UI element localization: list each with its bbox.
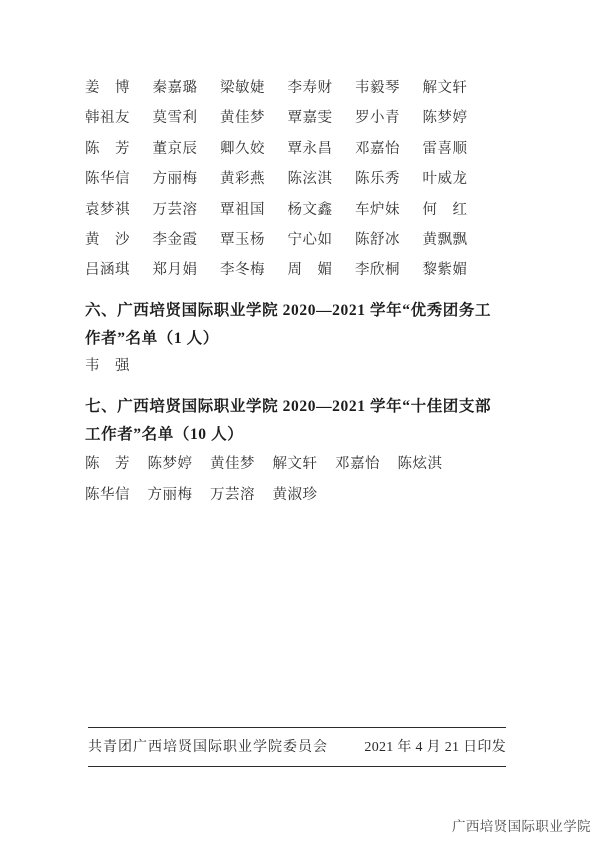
institution-watermark: 广西培贤国际职业学院 xyxy=(452,815,591,835)
person-name: 陈华信 xyxy=(85,480,148,511)
section7-name-list: 陈 芳陈梦婷黄佳梦解文轩邓嘉怡陈炫淇陈华信方丽梅万芸溶黄淑珍 xyxy=(85,449,460,511)
person-name: 陈梦婷 xyxy=(423,103,491,133)
person-name: 罗小青 xyxy=(355,103,423,133)
person-name: 陈 芳 xyxy=(85,134,153,164)
section7-heading-line2: 工作者”名单（10 人） xyxy=(85,421,525,449)
person-name: 黄彩燕 xyxy=(220,164,288,194)
person-name: 梁敏婕 xyxy=(220,73,288,103)
person-name: 黎紫媚 xyxy=(423,255,491,285)
person-name: 李欣桐 xyxy=(355,255,423,285)
person-name: 宁心如 xyxy=(288,225,356,255)
person-name: 覃玉杨 xyxy=(220,225,288,255)
person-name: 李冬梅 xyxy=(220,255,288,285)
footer-row: 共青团广西培贤国际职业学院委员会 2021 年 4 月 21 日印发 xyxy=(88,736,506,756)
person-name: 方丽梅 xyxy=(153,164,221,194)
person-name: 何 红 xyxy=(423,195,491,225)
person-name: 袁梦祺 xyxy=(85,195,153,225)
person-name: 莫雪利 xyxy=(153,103,221,133)
person-name: 邓嘉怡 xyxy=(335,449,398,480)
person-name: 解文轩 xyxy=(273,449,336,480)
person-name: 覃永昌 xyxy=(288,134,356,164)
person-name: 周 媚 xyxy=(288,255,356,285)
person-name: 卿久姣 xyxy=(220,134,288,164)
person-name: 黄佳梦 xyxy=(210,449,273,480)
person-name: 方丽梅 xyxy=(148,480,211,511)
person-name: 雷喜顺 xyxy=(423,134,491,164)
person-name: 秦嘉璐 xyxy=(153,73,221,103)
person-name: 李金霞 xyxy=(153,225,221,255)
continued-name-list: 姜 博秦嘉璐梁敏婕李寿财韦毅琴解文轩韩祖友莫雪利黄佳梦覃嘉雯罗小青陈梦婷陈 芳董… xyxy=(85,73,490,286)
person-name: 姜 博 xyxy=(85,73,153,103)
person-name: 陈泫淇 xyxy=(288,164,356,194)
person-name: 覃嘉雯 xyxy=(288,103,356,133)
person-name: 陈舒冰 xyxy=(355,225,423,255)
section6-heading: 六、广西培贤国际职业学院 2020—2021 学年“优秀团务工 作者”名单（1 … xyxy=(85,297,525,353)
person-name: 邓嘉怡 xyxy=(355,134,423,164)
person-name: 韩祖友 xyxy=(85,103,153,133)
person-name: 车炉妹 xyxy=(355,195,423,225)
person-name: 黄 沙 xyxy=(85,225,153,255)
person-name: 陈乐秀 xyxy=(355,164,423,194)
section6-heading-line2: 作者”名单（1 人） xyxy=(85,325,525,353)
section6-heading-line1: 六、广西培贤国际职业学院 2020—2021 学年“优秀团务工 xyxy=(85,297,525,325)
person-name: 陈炫淇 xyxy=(398,449,461,480)
person-name: 李寿财 xyxy=(288,73,356,103)
person-name: 万芸溶 xyxy=(210,480,273,511)
footer-issuer: 共青团广西培贤国际职业学院委员会 xyxy=(88,736,328,756)
person-name: 万芸溶 xyxy=(153,195,221,225)
section7-heading: 七、广西培贤国际职业学院 2020—2021 学年“十佳团支部 工作者”名单（1… xyxy=(85,393,525,449)
person-name: 董京辰 xyxy=(153,134,221,164)
footer-print-date: 2021 年 4 月 21 日印发 xyxy=(364,736,506,756)
person-name: 郑月娟 xyxy=(153,255,221,285)
person-name: 陈华信 xyxy=(85,164,153,194)
person-name: 陈 芳 xyxy=(85,449,148,480)
person-name: 杨文鑫 xyxy=(288,195,356,225)
section6-awardee-name: 韦 强 xyxy=(85,356,130,376)
document-page: 姜 博秦嘉璐梁敏婕李寿财韦毅琴解文轩韩祖友莫雪利黄佳梦覃嘉雯罗小青陈梦婷陈 芳董… xyxy=(0,0,596,842)
footer-rule-top xyxy=(88,727,506,728)
person-name: 韦毅琴 xyxy=(355,73,423,103)
person-name: 陈梦婷 xyxy=(148,449,211,480)
person-name: 叶威龙 xyxy=(423,164,491,194)
person-name: 覃祖国 xyxy=(220,195,288,225)
person-name: 黄佳梦 xyxy=(220,103,288,133)
section7-heading-line1: 七、广西培贤国际职业学院 2020—2021 学年“十佳团支部 xyxy=(85,393,525,421)
person-name: 解文轩 xyxy=(423,73,491,103)
person-name: 黄飘飘 xyxy=(423,225,491,255)
person-name: 黄淑珍 xyxy=(273,480,336,511)
person-name: 吕涵琪 xyxy=(85,255,153,285)
footer-rule-bottom xyxy=(88,766,506,767)
